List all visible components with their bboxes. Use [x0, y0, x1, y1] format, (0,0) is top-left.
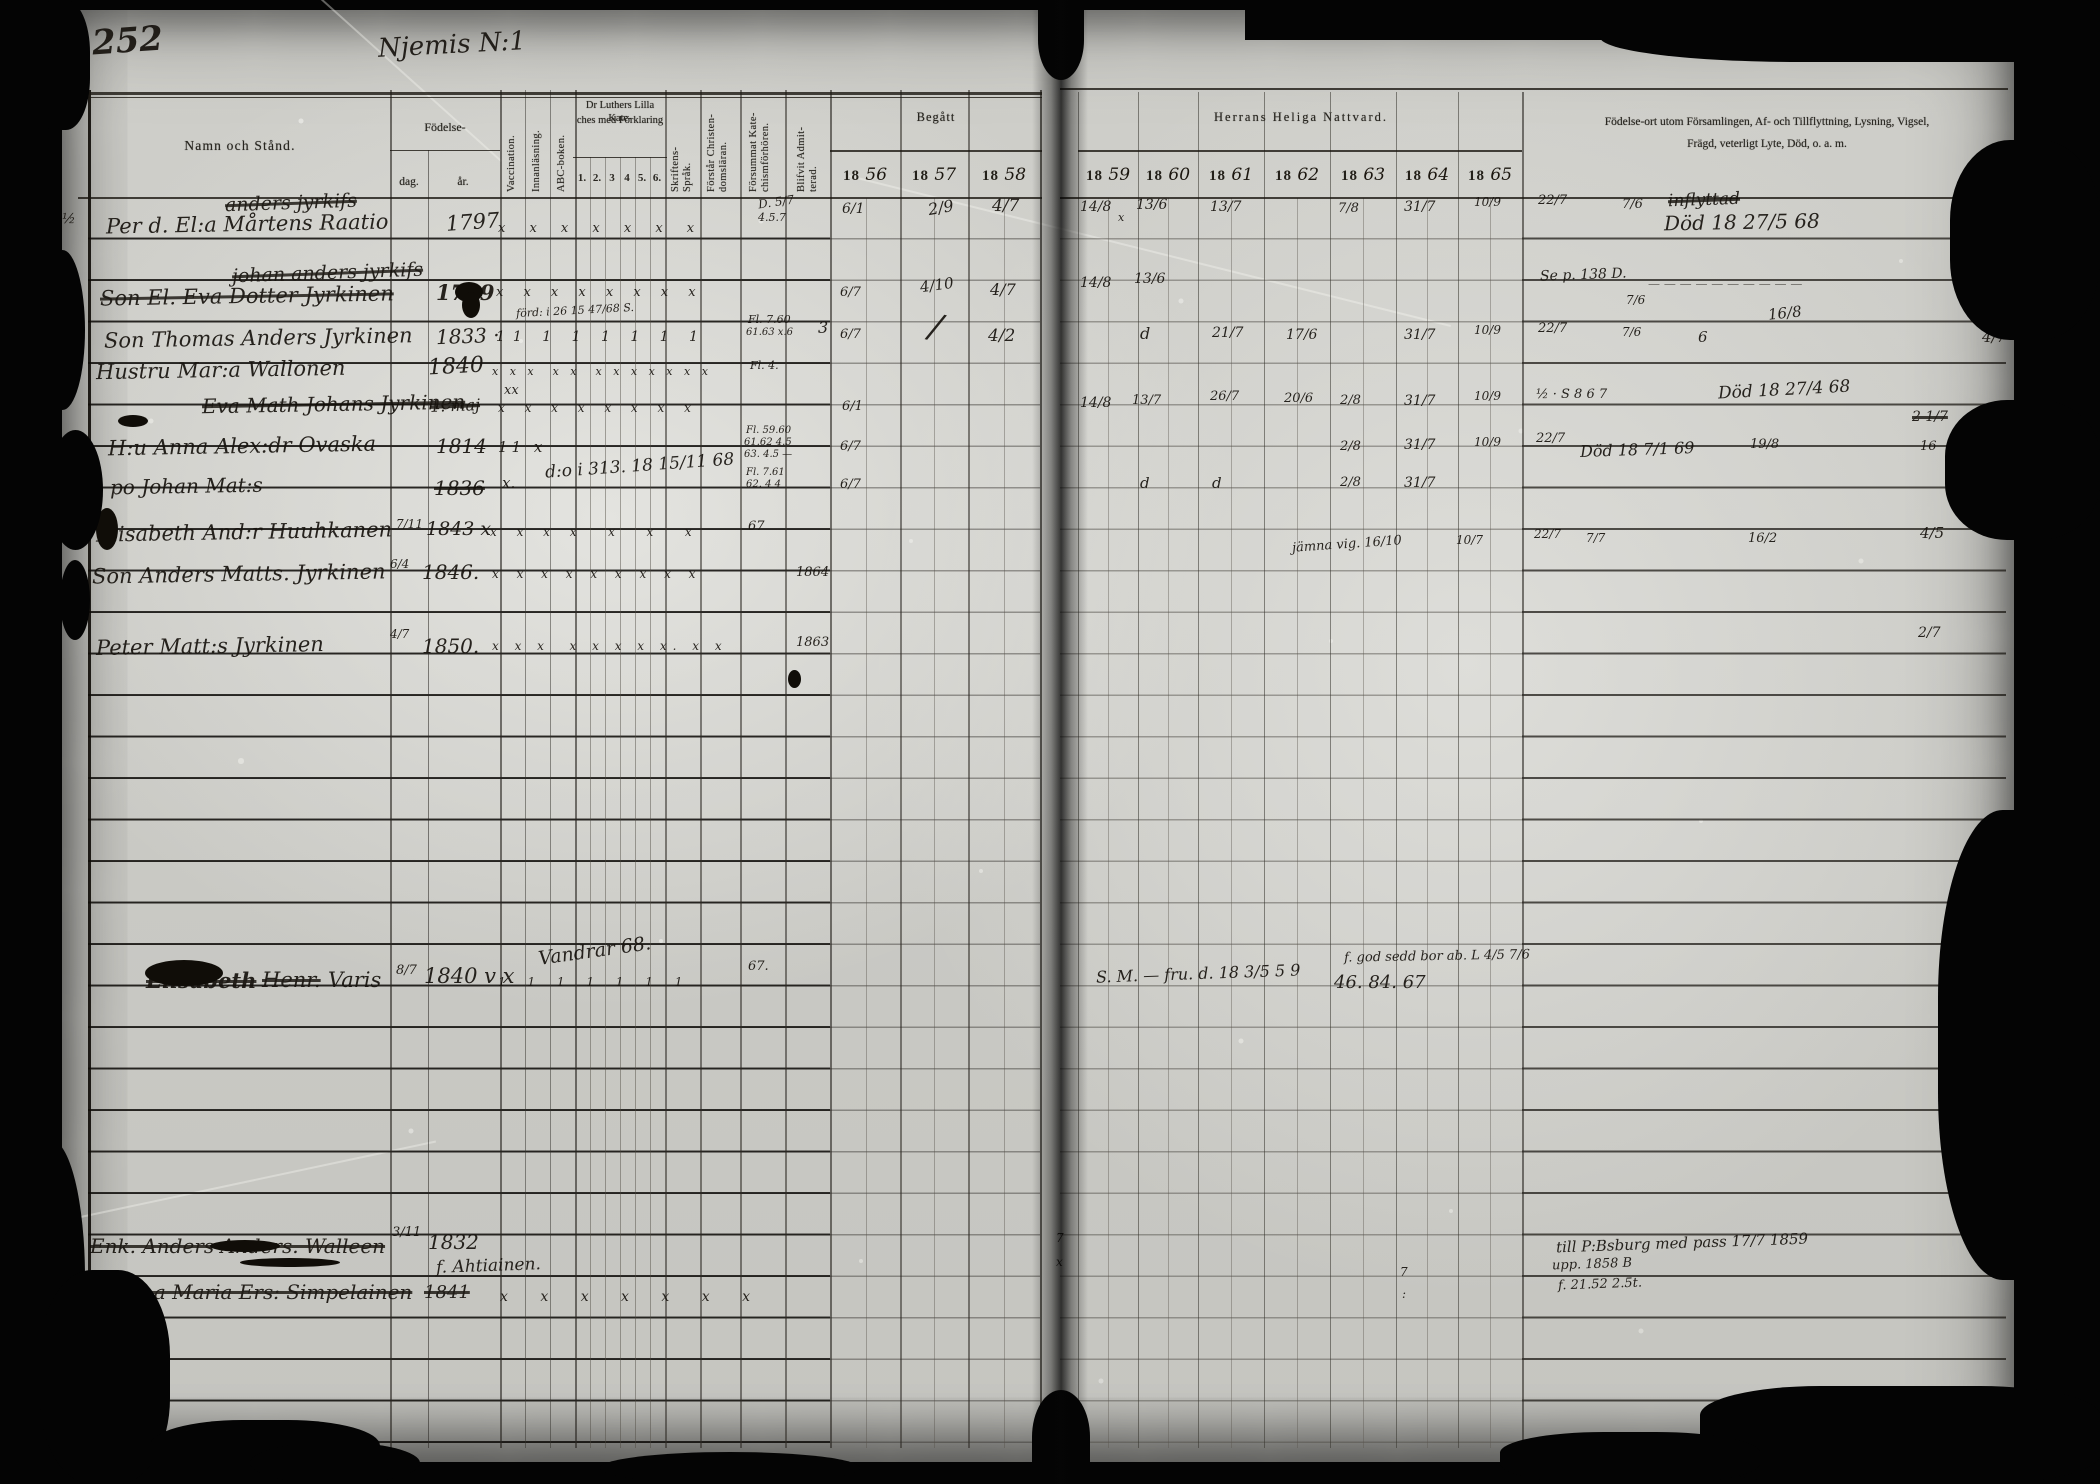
column-header-sprak: Skriftens- Språk.: [670, 147, 694, 192]
grid-vline: [968, 90, 970, 1448]
handwriting-entry: po Johan Mat:s: [110, 475, 263, 498]
column-header-birth-day: dag.: [390, 176, 428, 190]
year-header: 18 56: [843, 165, 887, 185]
handwriting-entry: Peter Matt:s Jyrkinen: [96, 634, 324, 659]
handwriting-entry: d: [1140, 476, 1150, 491]
handwriting-entry: 6/7: [840, 328, 861, 341]
handwriting-entry: 1. maj: [430, 397, 481, 415]
grid-vline: [1138, 92, 1139, 1448]
year-header: 18 57: [912, 165, 956, 185]
scan-artifact: [1600, 0, 2100, 62]
grid-vline: [1396, 92, 1397, 1448]
rot-header-line: Förstår Christen-: [706, 114, 718, 192]
ink-blot: [462, 292, 480, 318]
rot-header-line: Skriftens-: [670, 147, 682, 192]
scan-artifact: [60, 560, 90, 640]
handwriting-entry: x x x x x x x x: [496, 286, 704, 299]
handwriting-entry: 4/5: [1920, 526, 1944, 541]
grid-hline: [78, 92, 1042, 95]
handwriting-entry: 6/4: [390, 558, 409, 570]
year-header: 18 64: [1405, 165, 1449, 185]
handwriting-entry: — — — — — — — — — —: [1648, 278, 1802, 290]
grid-hline: [1078, 150, 1522, 152]
column-header-notes-line2: Frägd, veterligt Lyte, Död, o. a. m.: [1528, 138, 2006, 152]
grid-vline: [605, 157, 606, 1448]
column-header-vaccination: Vaccination.: [506, 135, 518, 192]
book-gutter: [1032, 0, 1088, 1484]
year-digits: 59: [1103, 165, 1130, 185]
handwriting-entry: 2/8: [1340, 394, 1361, 407]
grid-vline: [1297, 198, 1298, 1448]
grid-hline: [1060, 197, 2008, 199]
handwriting-entry: x x x x x x x x: [498, 402, 699, 414]
handwriting-entry: 13/7: [1132, 394, 1161, 407]
column-header-birth-year: år.: [430, 176, 496, 190]
handwriting-entry: 4/2: [988, 328, 1015, 345]
handwriting-entry: 22/7: [1534, 528, 1561, 540]
handwriting-entry: 3/11: [392, 1226, 421, 1239]
grid-vline: [1330, 92, 1331, 1448]
column-header-begatt: Begått: [830, 110, 1042, 125]
handwriting-entry: Fl. 4.: [750, 360, 779, 371]
handwriting-entry: 20/6: [1284, 392, 1313, 405]
scan-artifact: [250, 1442, 420, 1484]
handwriting-entry: 10/9: [1474, 436, 1501, 448]
handwriting-entry: 13/6: [1134, 272, 1165, 286]
handwriting-entry: 6/1: [842, 202, 865, 216]
handwriting-entry: 61.63 x.6: [746, 328, 793, 338]
handwriting-entry: 16: [1920, 440, 1937, 453]
handwriting-entry: 67: [748, 520, 765, 533]
catechism-col-number: 5.: [638, 172, 646, 184]
handwriting-entry: 1850.: [422, 636, 479, 656]
handwriting-entry: d: [1212, 476, 1222, 491]
scan-artifact: [1700, 1386, 2100, 1484]
column-header-birth: Födelse-: [390, 120, 500, 134]
rot-header-line: Blifvit Admit-: [796, 127, 808, 192]
rot-header-line: Språk.: [682, 147, 694, 192]
grid-vline: [785, 90, 787, 1448]
scanned-parish-register: 252 Njemis N:1 Namn och Stånd. Födelse- …: [0, 0, 2100, 1484]
handwriting-entry: 13/7: [1210, 200, 1241, 214]
handwriting-entry: 22/7: [1538, 194, 1567, 207]
scan-artifact: [30, 0, 90, 130]
year-prefix: 18: [1086, 168, 1103, 184]
year-prefix: 18: [843, 168, 860, 184]
year-prefix: 18: [912, 168, 929, 184]
handwriting-entry: 6/7: [840, 286, 861, 299]
rot-header-line: Innanläsning.: [531, 130, 543, 192]
handwriting-entry: 63. 4.5 —: [744, 450, 792, 460]
catechism-col-number: 6.: [653, 172, 661, 184]
year-header: 18 65: [1468, 165, 1512, 185]
grid-hline: [830, 150, 1042, 152]
handwriting-entry: x x x x x x x: [498, 222, 704, 235]
scan-artifact: [40, 250, 85, 410]
year-header: 18 62: [1275, 165, 1319, 185]
column-header-notes-line1: Födelse-ort utom Församlingen, Af- och T…: [1528, 116, 2006, 130]
year-prefix: 18: [1468, 168, 1485, 184]
handwriting-entry: 21/7: [1212, 326, 1243, 340]
handwriting-entry: 8/7: [396, 964, 417, 977]
year-prefix: 18: [1341, 168, 1358, 184]
handwriting-entry: upp. 1858 B: [1552, 1257, 1632, 1273]
year-digits: 57: [929, 165, 956, 185]
grid-hline: [78, 97, 1042, 98]
grid-vline: [1458, 92, 1459, 1448]
grid-vline: [1427, 198, 1428, 1448]
handwriting-entry: 26/7: [1210, 390, 1239, 403]
handwriting-entry: 7/11: [396, 518, 423, 530]
handwriting-entry: x: [1118, 212, 1124, 223]
handwriting-entry: Henr.: [262, 970, 321, 991]
scan-artifact: [2040, 940, 2100, 1060]
handwriting-entry: Fl. 59.60: [746, 426, 791, 436]
handwriting-entry: 7: [1400, 1266, 1408, 1278]
handwriting-entry: f. 21.52 2.5t.: [1558, 1277, 1642, 1293]
handwriting-entry: 2 1/7: [1912, 410, 1948, 424]
column-header-forstar-christendomslaran: Förstår Christen- domsläran.: [706, 114, 730, 192]
handwriting-entry: 2/8: [1340, 440, 1361, 453]
handwriting-entry: Elisabeth And:r Huuhkanen: [96, 519, 392, 545]
column-header-innanlasning: Innanläsning.: [531, 130, 543, 192]
handwriting-entry: 19/8: [1750, 438, 1779, 451]
handwriting-entry: inflyttad: [1668, 191, 1741, 211]
handwriting-entry: Död 18 27/5 68: [1664, 211, 1820, 234]
handwriting-entry: 1846.: [422, 562, 479, 582]
grid-vline: [830, 90, 832, 1448]
handwriting-entry: 2/8: [1340, 476, 1361, 489]
handwriting-entry: 31/7: [1404, 438, 1435, 452]
year-prefix: 18: [982, 168, 999, 184]
handwriting-entry: 6/7: [840, 478, 861, 491]
catechism-col-number: 3: [609, 172, 615, 184]
ink-blot: [240, 1258, 340, 1267]
ink-blot: [145, 960, 223, 986]
catechism-col-number: 2.: [593, 172, 601, 184]
rot-header-line: Försummat Kate-: [748, 112, 760, 192]
handwriting-entry: :: [1402, 1288, 1406, 1300]
handwriting-entry: 6/7: [840, 440, 861, 453]
handwriting-entry: Fl. 7.60: [748, 314, 791, 325]
handwriting-entry: 1863: [796, 636, 829, 649]
handwriting-entry: Fl. 7.61: [746, 468, 785, 478]
scan-dust: [0, 0, 2, 2]
handwriting-entry: 1832: [428, 1232, 479, 1252]
handwriting-entry: 11 1 1 1 1 1 1: [496, 330, 706, 344]
grid-vline: [1490, 198, 1491, 1448]
handwriting-entry: x x x x x x x x x x x x: [492, 366, 712, 377]
handwriting-entry: 1843 x: [426, 520, 491, 539]
handwriting-entry: 4.5.7: [758, 212, 786, 223]
handwriting-entry: f. god sedd bor ab. L 4/5 7/6: [1344, 948, 1530, 964]
handwriting-entry: Varis: [328, 970, 381, 991]
handwriting-entry: 16/2: [1748, 532, 1777, 545]
handwriting-entry: 17/6: [1286, 328, 1317, 342]
year-digits: 60: [1163, 165, 1190, 185]
handwriting-entry: 10/9: [1474, 390, 1501, 402]
grid-hline: [573, 157, 667, 158]
handwriting-entry: 10/9: [1474, 324, 1501, 336]
grid-vline: [866, 198, 867, 1448]
grid-vline: [620, 157, 621, 1448]
ink-blot: [210, 1240, 280, 1252]
ink-blot: [788, 670, 801, 688]
handwriting-entry: ½ · S 8 6 7: [1536, 388, 1607, 401]
rot-header-line: Vaccination.: [506, 135, 518, 192]
handwriting-entry: 6: [1698, 330, 1708, 345]
handwriting-entry: 7/6: [1622, 326, 1641, 338]
column-header-forsummat-katechismforhoren: Försummat Kate- chismförhören.: [748, 112, 772, 192]
grid-vline: [1522, 92, 1524, 1448]
year-header: 18 61: [1209, 165, 1253, 185]
handwriting-entry: x x x x x x x x. x x: [492, 640, 728, 652]
handwriting-entry: x x x x x x x: [490, 526, 700, 538]
handwriting-entry: 4/7: [992, 198, 1019, 215]
handwriting-entry: 31/7: [1404, 328, 1435, 342]
handwriting-entry: x.: [502, 476, 515, 491]
grid-vline: [1198, 92, 1199, 1448]
handwriting-entry: 22/7: [1538, 322, 1567, 335]
year-prefix: 18: [1275, 168, 1292, 184]
year-header: 18 63: [1341, 165, 1385, 185]
scan-artifact: [600, 1452, 860, 1484]
handwriting-entry: 31/7: [1404, 394, 1435, 408]
year-header: 18 58: [982, 165, 1026, 185]
handwriting-entry: 61.62 4.5: [744, 438, 792, 448]
handwriting-entry: xx: [504, 384, 519, 397]
handwriting-entry: Död 18 7/1 69: [1580, 440, 1695, 460]
grid-vline: [1363, 198, 1364, 1448]
catechism-col-number: 4: [624, 172, 630, 184]
page-title-script: Njemis N:1: [377, 28, 526, 62]
grid-vline: [1108, 198, 1109, 1448]
year-digits: 58: [999, 165, 1026, 185]
handwriting-entry: 67.: [748, 960, 769, 973]
year-digits: 62: [1292, 165, 1319, 185]
grid-hline: [390, 150, 500, 151]
column-header-name: Namn och Stånd.: [95, 138, 385, 154]
column-header-catechism-line2: ches med Förklaring: [573, 115, 667, 128]
handwriting-entry: Eva Math Johans Jyrkinen: [202, 392, 466, 417]
handwriting-entry: d: [1140, 326, 1150, 342]
handwriting-entry: ½: [62, 212, 76, 226]
handwriting-entry: 4/7: [990, 282, 1016, 298]
scan-artifact: [48, 430, 103, 550]
handwriting-entry: 7/6: [1626, 294, 1645, 306]
grid-vline: [934, 198, 935, 1448]
handwriting-entry: Se p. 138 D.: [1540, 266, 1627, 283]
handwriting-entry: 7/6: [1622, 198, 1643, 211]
handwriting-entry: 7/7: [1586, 532, 1605, 544]
handwriting-entry: Son Anders Matts. Jyrkinen: [92, 561, 386, 587]
grid-vline: [1004, 198, 1005, 1448]
year-digits: 65: [1485, 165, 1512, 185]
handwriting-entry: f. Ahtiainen.: [436, 1256, 541, 1277]
year-digits: 64: [1422, 165, 1449, 185]
ink-blot: [118, 415, 148, 427]
handwriting-entry: Hustru Mar:a Wallonen: [96, 358, 346, 383]
handwriting-entry: 2/9: [927, 198, 955, 218]
handwriting-entry: 1841: [424, 1284, 470, 1302]
handwriting-entry: Son Thomas Anders Jyrkinen: [104, 325, 413, 351]
year-digits: 61: [1226, 165, 1253, 185]
handwriting-entry: 3: [818, 320, 828, 336]
grid-hline: [1060, 88, 2008, 90]
handwriting-entry: x x x x x x x: [500, 1290, 764, 1304]
handwriting-entry: 6/1: [842, 400, 863, 413]
grid-vline: [900, 90, 902, 1448]
handwriting-entry: 1864: [796, 566, 829, 579]
grid-vline: [650, 157, 651, 1448]
rot-header-line: domsläran.: [718, 114, 730, 192]
page-number: 252: [91, 22, 164, 61]
year-prefix: 18: [1146, 168, 1163, 184]
handwriting-entry: 11 x: [498, 440, 546, 455]
handwriting-entry: x x x x x x x x x: [492, 568, 702, 580]
year-prefix: 18: [1209, 168, 1226, 184]
handwriting-entry: 46. 84. 67: [1334, 974, 1426, 992]
rot-header-line: ABC-boken.: [556, 135, 568, 192]
scan-artifact: [1950, 140, 2100, 340]
year-prefix: 18: [1405, 168, 1422, 184]
handwriting-entry: 1840: [427, 355, 484, 380]
year-header: 18 59: [1086, 165, 1130, 185]
handwriting-entry: 1836: [434, 478, 485, 498]
grid-vline: [1168, 198, 1169, 1448]
year-header: 18 60: [1146, 165, 1190, 185]
grid-hline: [78, 197, 1042, 199]
grid-vline: [635, 157, 636, 1448]
handwriting-entry: 2/7: [1918, 626, 1941, 640]
grid-vline: [590, 157, 591, 1448]
rot-header-line: terad.: [808, 127, 820, 192]
rot-header-line: chismförhören.: [760, 112, 772, 192]
catechism-col-number: 1.: [578, 172, 586, 184]
handwriting-entry: 1 1 1 1 1 1 1: [498, 976, 691, 988]
handwriting-entry: 4/7: [390, 628, 409, 640]
scan-artifact: [1500, 1432, 1760, 1484]
handwriting-entry: Son El. Eva Dotter Jyrkinen: [100, 283, 394, 309]
handwriting-entry: 4/10: [919, 276, 954, 296]
grid-vline: [1264, 92, 1265, 1448]
handwriting-entry: 13/6: [1136, 198, 1167, 212]
handwriting-entry: 10/7: [1456, 534, 1483, 546]
handwriting-entry: 1833 ·: [436, 325, 500, 347]
year-digits: 56: [860, 165, 887, 185]
handwriting-entry: 1797: [445, 210, 500, 235]
handwriting-entry: 22/7: [1536, 432, 1565, 445]
year-digits: 63: [1358, 165, 1385, 185]
column-header-blifvit-admitterad: Blifvit Admit- terad.: [796, 127, 820, 192]
handwriting-entry: 16/8: [1767, 304, 1802, 322]
handwriting-entry: 62. 4 4: [746, 480, 781, 490]
grid-vline: [740, 90, 742, 1448]
handwriting-entry: 7/8: [1338, 202, 1359, 215]
grid-vline: [1231, 198, 1232, 1448]
handwriting-entry: 31/7: [1404, 200, 1435, 214]
handwriting-entry: 31/7: [1404, 476, 1435, 490]
ruled-lines-right: [1060, 198, 1522, 1446]
column-header-abc-boken: ABC-boken.: [556, 135, 568, 192]
handwriting-entry: 1814: [436, 436, 487, 456]
handwriting-entry: H:u Anna Alex:dr Ovaska: [108, 434, 376, 460]
handwriting-entry: 10/9: [1474, 196, 1501, 208]
scan-artifact: [1945, 400, 2100, 540]
handwriting-entry: Per d. El:a Mårtens Raatio: [106, 212, 389, 238]
